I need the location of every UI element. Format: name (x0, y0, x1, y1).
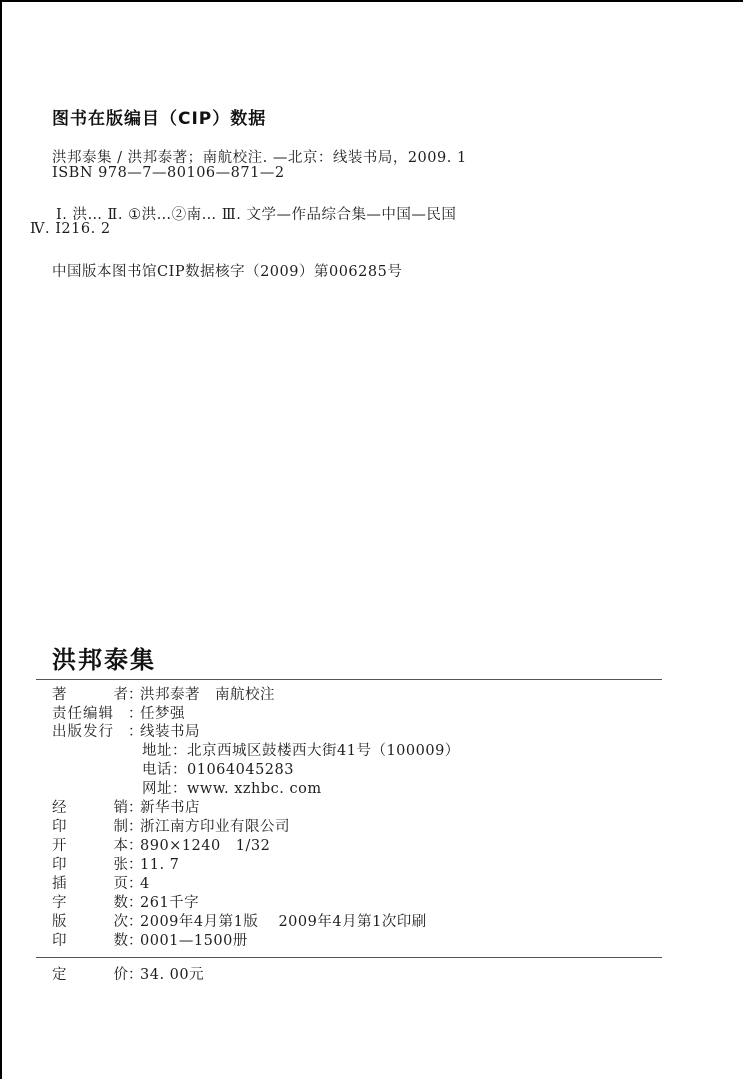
colon: ： (128, 686, 140, 704)
cip-classification: Ⅳ. I216. 2 (30, 221, 111, 237)
colophon-row-plates: 插 页 ： 4 (52, 875, 150, 893)
editor-value: 任梦强 (140, 705, 185, 723)
colon: ： (128, 932, 140, 950)
colon: ： (128, 818, 140, 836)
format-value: 890×1240 1/32 (140, 837, 270, 855)
row-label: 定 价 (52, 966, 128, 984)
colophon-row-edition: 版 次 ： 2009年4月第1版 2009年4月第1次印刷 (52, 913, 427, 931)
colophon-row-author: 著 者 ： 洪邦泰著 南航校注 (52, 686, 275, 704)
cip-subject-line: Ⅰ. 洪… Ⅱ. ①洪…②南… Ⅲ. 文学—作品综合集—中国—民国 (56, 203, 456, 224)
colon: ： (128, 799, 140, 817)
colon: ： (128, 966, 140, 984)
book-title: 洪邦泰集 (52, 640, 156, 675)
colophon-row-printer: 印 制 ： 浙江南方印业有限公司 (52, 818, 290, 836)
distributor-value: 新华书店 (140, 799, 200, 817)
colon: ： (128, 705, 140, 723)
row-label: 印 数 (52, 932, 128, 950)
row-label: 印 制 (52, 818, 128, 836)
colophon-row-publisher: 出版发行 ： 线装书局 (52, 723, 200, 741)
cip-isbn: ISBN 978—7—80106—871—2 (52, 165, 285, 181)
row-label: 版 次 (52, 913, 128, 931)
price-value: 34. 00元 (140, 966, 204, 984)
publisher-value: 线装书局 (140, 723, 200, 741)
colophon-row-editor: 责任编辑 ： 任梦强 (52, 705, 185, 723)
row-label: 插 页 (52, 875, 128, 893)
cip-record-number: 中国版本图书馆CIP数据核字（2009）第006285号 (52, 260, 402, 281)
top-divider (36, 679, 662, 680)
row-label: 开 本 (52, 837, 128, 855)
row-label: 著 者 (52, 686, 128, 704)
row-label: 出版发行 (52, 723, 128, 741)
colon: ： (128, 875, 140, 893)
colophon-row-price: 定 价 ： 34. 00元 (52, 966, 204, 984)
bottom-divider (36, 957, 662, 958)
author-value: 洪邦泰著 南航校注 (140, 686, 275, 704)
publisher-website: 网址：www. xzhbc. com (142, 780, 322, 798)
colophon-row-format: 开 本 ： 890×1240 1/32 (52, 837, 270, 855)
publisher-phone: 电话：01064045283 (142, 761, 294, 779)
colon: ： (128, 856, 140, 874)
word-count-value: 261千字 (140, 894, 199, 912)
row-label: 经 销 (52, 799, 128, 817)
colon: ： (128, 837, 140, 855)
row-label: 字 数 (52, 894, 128, 912)
cip-bibliographic-line: 洪邦泰集 / 洪邦泰著；南航校注. —北京：线装书局，2009. 1 (52, 146, 467, 167)
colophon-row-word-count: 字 数 ： 261千字 (52, 894, 199, 912)
plates-value: 4 (140, 875, 150, 893)
edition-value: 2009年4月第1版 2009年4月第1次印刷 (140, 913, 427, 931)
sheets-value: 11. 7 (140, 856, 179, 874)
publisher-address: 地址：北京西城区鼓楼西大街41号（100009） (142, 742, 460, 760)
colophon-row-distributor: 经 销 ： 新华书店 (52, 799, 200, 817)
colon: ： (128, 723, 140, 741)
printer-value: 浙江南方印业有限公司 (140, 818, 290, 836)
row-label: 印 张 (52, 856, 128, 874)
cip-heading: 图书在版编目（CIP）数据 (52, 104, 266, 129)
colon: ： (128, 894, 140, 912)
colon: ： (128, 913, 140, 931)
colophon-row-print-run: 印 数 ： 0001—1500册 (52, 932, 248, 950)
colophon-row-sheets: 印 张 ： 11. 7 (52, 856, 179, 874)
print-run-value: 0001—1500册 (140, 932, 248, 950)
row-label: 责任编辑 (52, 705, 128, 723)
